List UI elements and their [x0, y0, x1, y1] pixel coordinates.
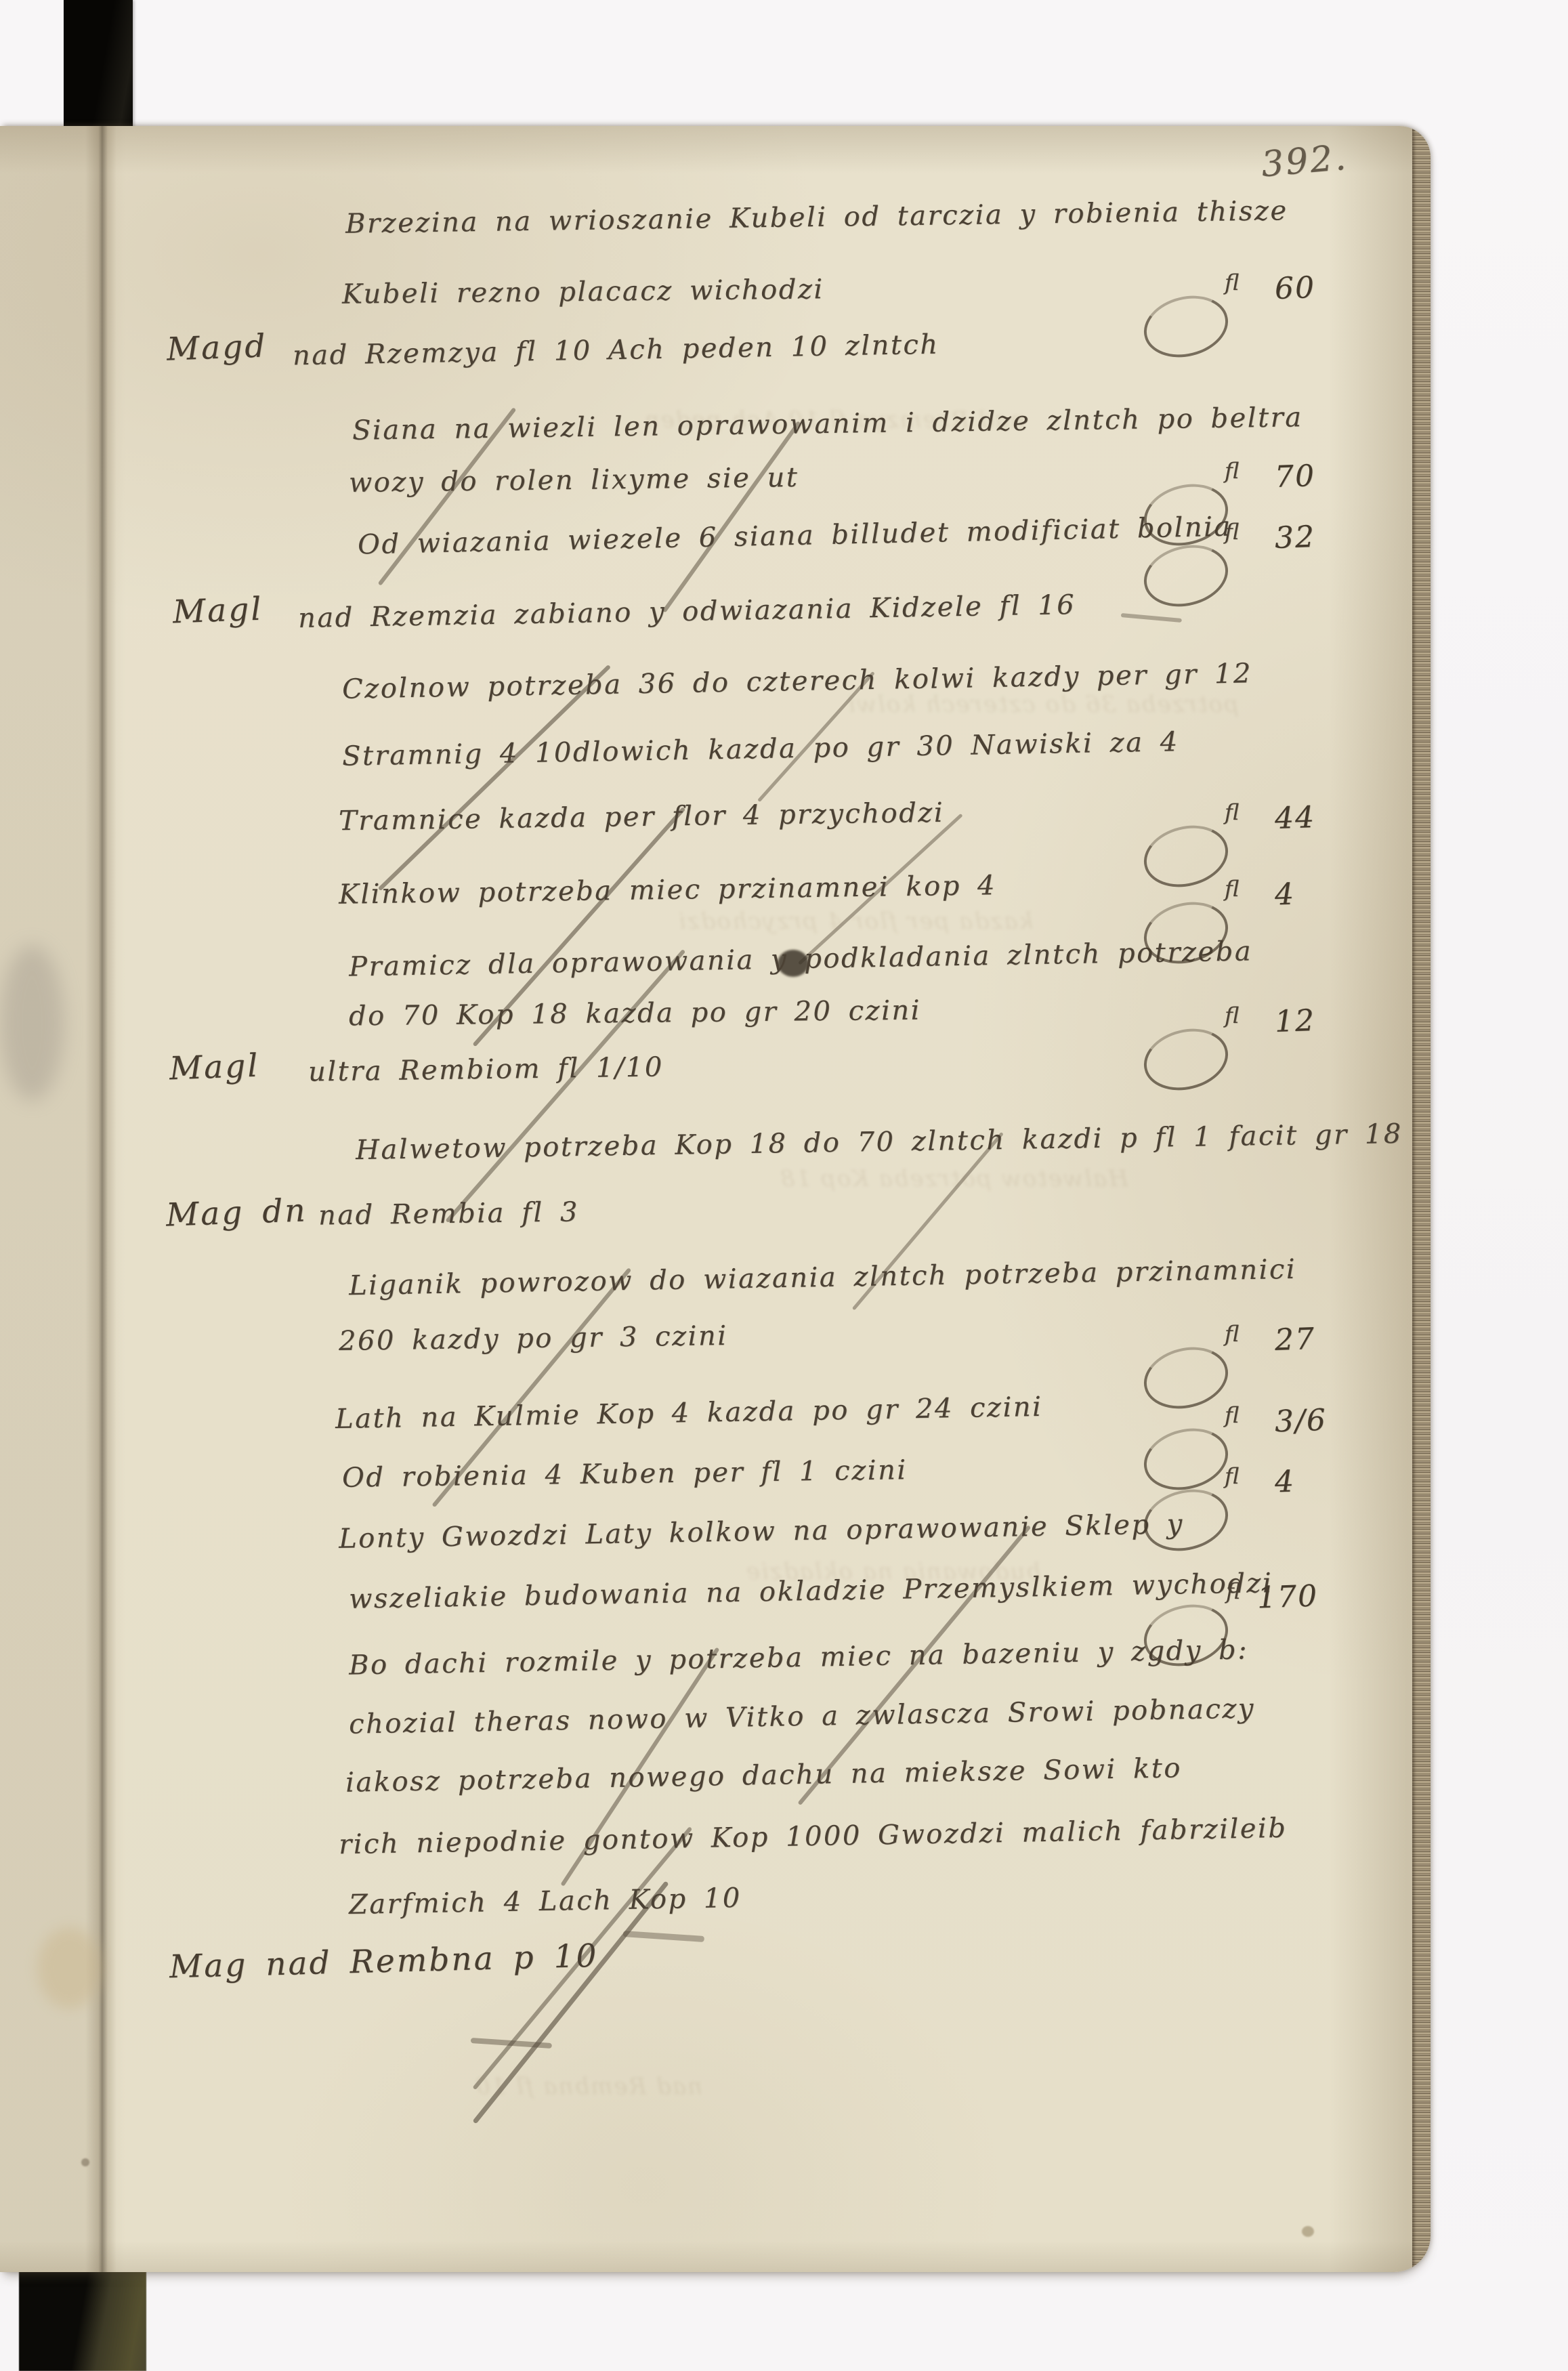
paper-stain [0, 945, 64, 1101]
florin-sign: fl [1225, 458, 1239, 484]
manuscript-line: Liganik powrozow do wiazania zlntch potr… [349, 1254, 1297, 1301]
manuscript-line: Od robienia 4 Kuben per fl 1 czini [342, 1454, 908, 1494]
manuscript-line: Tramnice kazda per flor 4 przychodzi [339, 797, 945, 837]
manuscript-line: rich niepodnie gontow Kop 1000 Gwozdzi m… [339, 1813, 1288, 1860]
flourish-oval-icon [1137, 1481, 1235, 1559]
ink-swash [662, 421, 801, 612]
manuscript-line: nad Rzemzya fl 10 Ach peden 10 zlntch [293, 329, 939, 372]
manuscript-line: nad Rzemzia zabiano y odwiazania Kidzele… [298, 589, 1076, 634]
manuscript-line: Kubeli rezno placacz wichodzi [342, 274, 824, 310]
manuscript-line: chozial theras nowo w Vitko a zwlascza S… [349, 1693, 1256, 1740]
manuscript-line: Brzezina na wrioszanie Kubeli od tarczia… [345, 195, 1288, 239]
manuscript-line: Magl [172, 591, 263, 631]
manuscript-line: Zarfmich 4 Lach Kop 10 [349, 1883, 742, 1921]
ink-swash [623, 1931, 705, 1942]
page-fore-edge [1412, 126, 1431, 2272]
binding-ribbon-top [64, 0, 133, 130]
flourish-oval-icon [1137, 287, 1235, 366]
binding-ribbon-bottom [19, 2271, 146, 2371]
flourish-oval-icon [1137, 1420, 1235, 1498]
florin-sign: fl [1226, 1578, 1240, 1604]
manuscript-line: Lath na Kulmie Kop 4 kazda po gr 24 czin… [335, 1391, 1043, 1435]
paper-stain [37, 1927, 102, 2009]
manuscript-line: nad Rembia fl 3 [318, 1196, 579, 1231]
manuscript-line: iakosz potrzeba nowego dachu na mieksze … [345, 1753, 1183, 1799]
manuscript-line: Magd [166, 327, 268, 368]
scan-background: nad Rzemzya fl 10 Ach pedenpotrzeba 36 d… [0, 0, 1568, 2371]
flourish-oval-icon [1137, 537, 1235, 615]
manuscript-line: 260 kazdy po gr 3 czini [339, 1320, 728, 1357]
florin-sign: fl [1225, 270, 1239, 295]
amount-value: 4 [1274, 1464, 1296, 1499]
flourish-oval-icon [1137, 1339, 1235, 1417]
manuscript-line: Magl [169, 1047, 260, 1088]
florin-sign: fl [1225, 1402, 1239, 1428]
page-number: 392. [1260, 138, 1350, 186]
florin-sign: fl [1225, 1463, 1239, 1489]
amount-value: 32 [1274, 520, 1316, 555]
manuscript-line: Halwetow potrzeba Kop 18 do 70 zlntch ka… [356, 1118, 1403, 1166]
ink-swash [446, 949, 686, 1223]
manuscript-line: Bo dachi rozmile y potrzeba miec na baze… [349, 1634, 1249, 1681]
paper-stain [1302, 2226, 1314, 2237]
amount-value: 27 [1274, 1322, 1316, 1358]
manuscript-line: Mag nad Rembna p 10 [169, 1937, 599, 1986]
amount-value: 4 [1274, 877, 1296, 912]
amount-value: 170 [1256, 1578, 1319, 1615]
manuscript-line: Lonty Gwozdzi Laty kolkow na oprawowanie… [339, 1509, 1184, 1555]
manuscript-line: do 70 Kop 18 kazda po gr 20 czini [349, 995, 921, 1032]
manuscript-page: nad Rzemzya fl 10 Ach pedenpotrzeba 36 d… [0, 126, 1431, 2272]
manuscript-line: Od wiazania wiezele 6 siana billudet mod… [358, 511, 1233, 560]
manuscript-line: wozy do rolen lixyme sie ut [349, 462, 799, 499]
amount-value: 60 [1274, 270, 1316, 306]
manuscript-line: Stramnig 4 10dlowich kazda po gr 30 Nawi… [342, 726, 1179, 772]
florin-sign: fl [1225, 1321, 1239, 1347]
amount-value: 3/6 [1274, 1403, 1328, 1440]
amount-value: 70 [1274, 459, 1316, 495]
manuscript-line: Klinkow potrzeba miec przinamnei kop 4 [339, 870, 997, 910]
florin-sign: fl [1225, 1003, 1239, 1028]
amount-value: 44 [1274, 800, 1316, 836]
manuscript-line: Mag dn [165, 1192, 308, 1234]
amount-value: 12 [1274, 1003, 1316, 1039]
florin-sign: fl [1225, 799, 1239, 825]
manuscript-line: Pramicz dla oprawowania y podkladania zl… [349, 936, 1253, 982]
flourish-oval-icon [1137, 817, 1235, 896]
ink-swash [1121, 613, 1183, 623]
manuscript-line: Siana na wiezli len oprawowanim i dzidze… [352, 402, 1303, 446]
flourish-oval-icon [1137, 1020, 1235, 1099]
florin-sign: fl [1225, 876, 1239, 902]
manuscript-line: ultra Rembiom fl 1/10 [308, 1051, 664, 1087]
paper-stain [81, 2158, 89, 2166]
florin-sign: fl [1225, 519, 1239, 545]
